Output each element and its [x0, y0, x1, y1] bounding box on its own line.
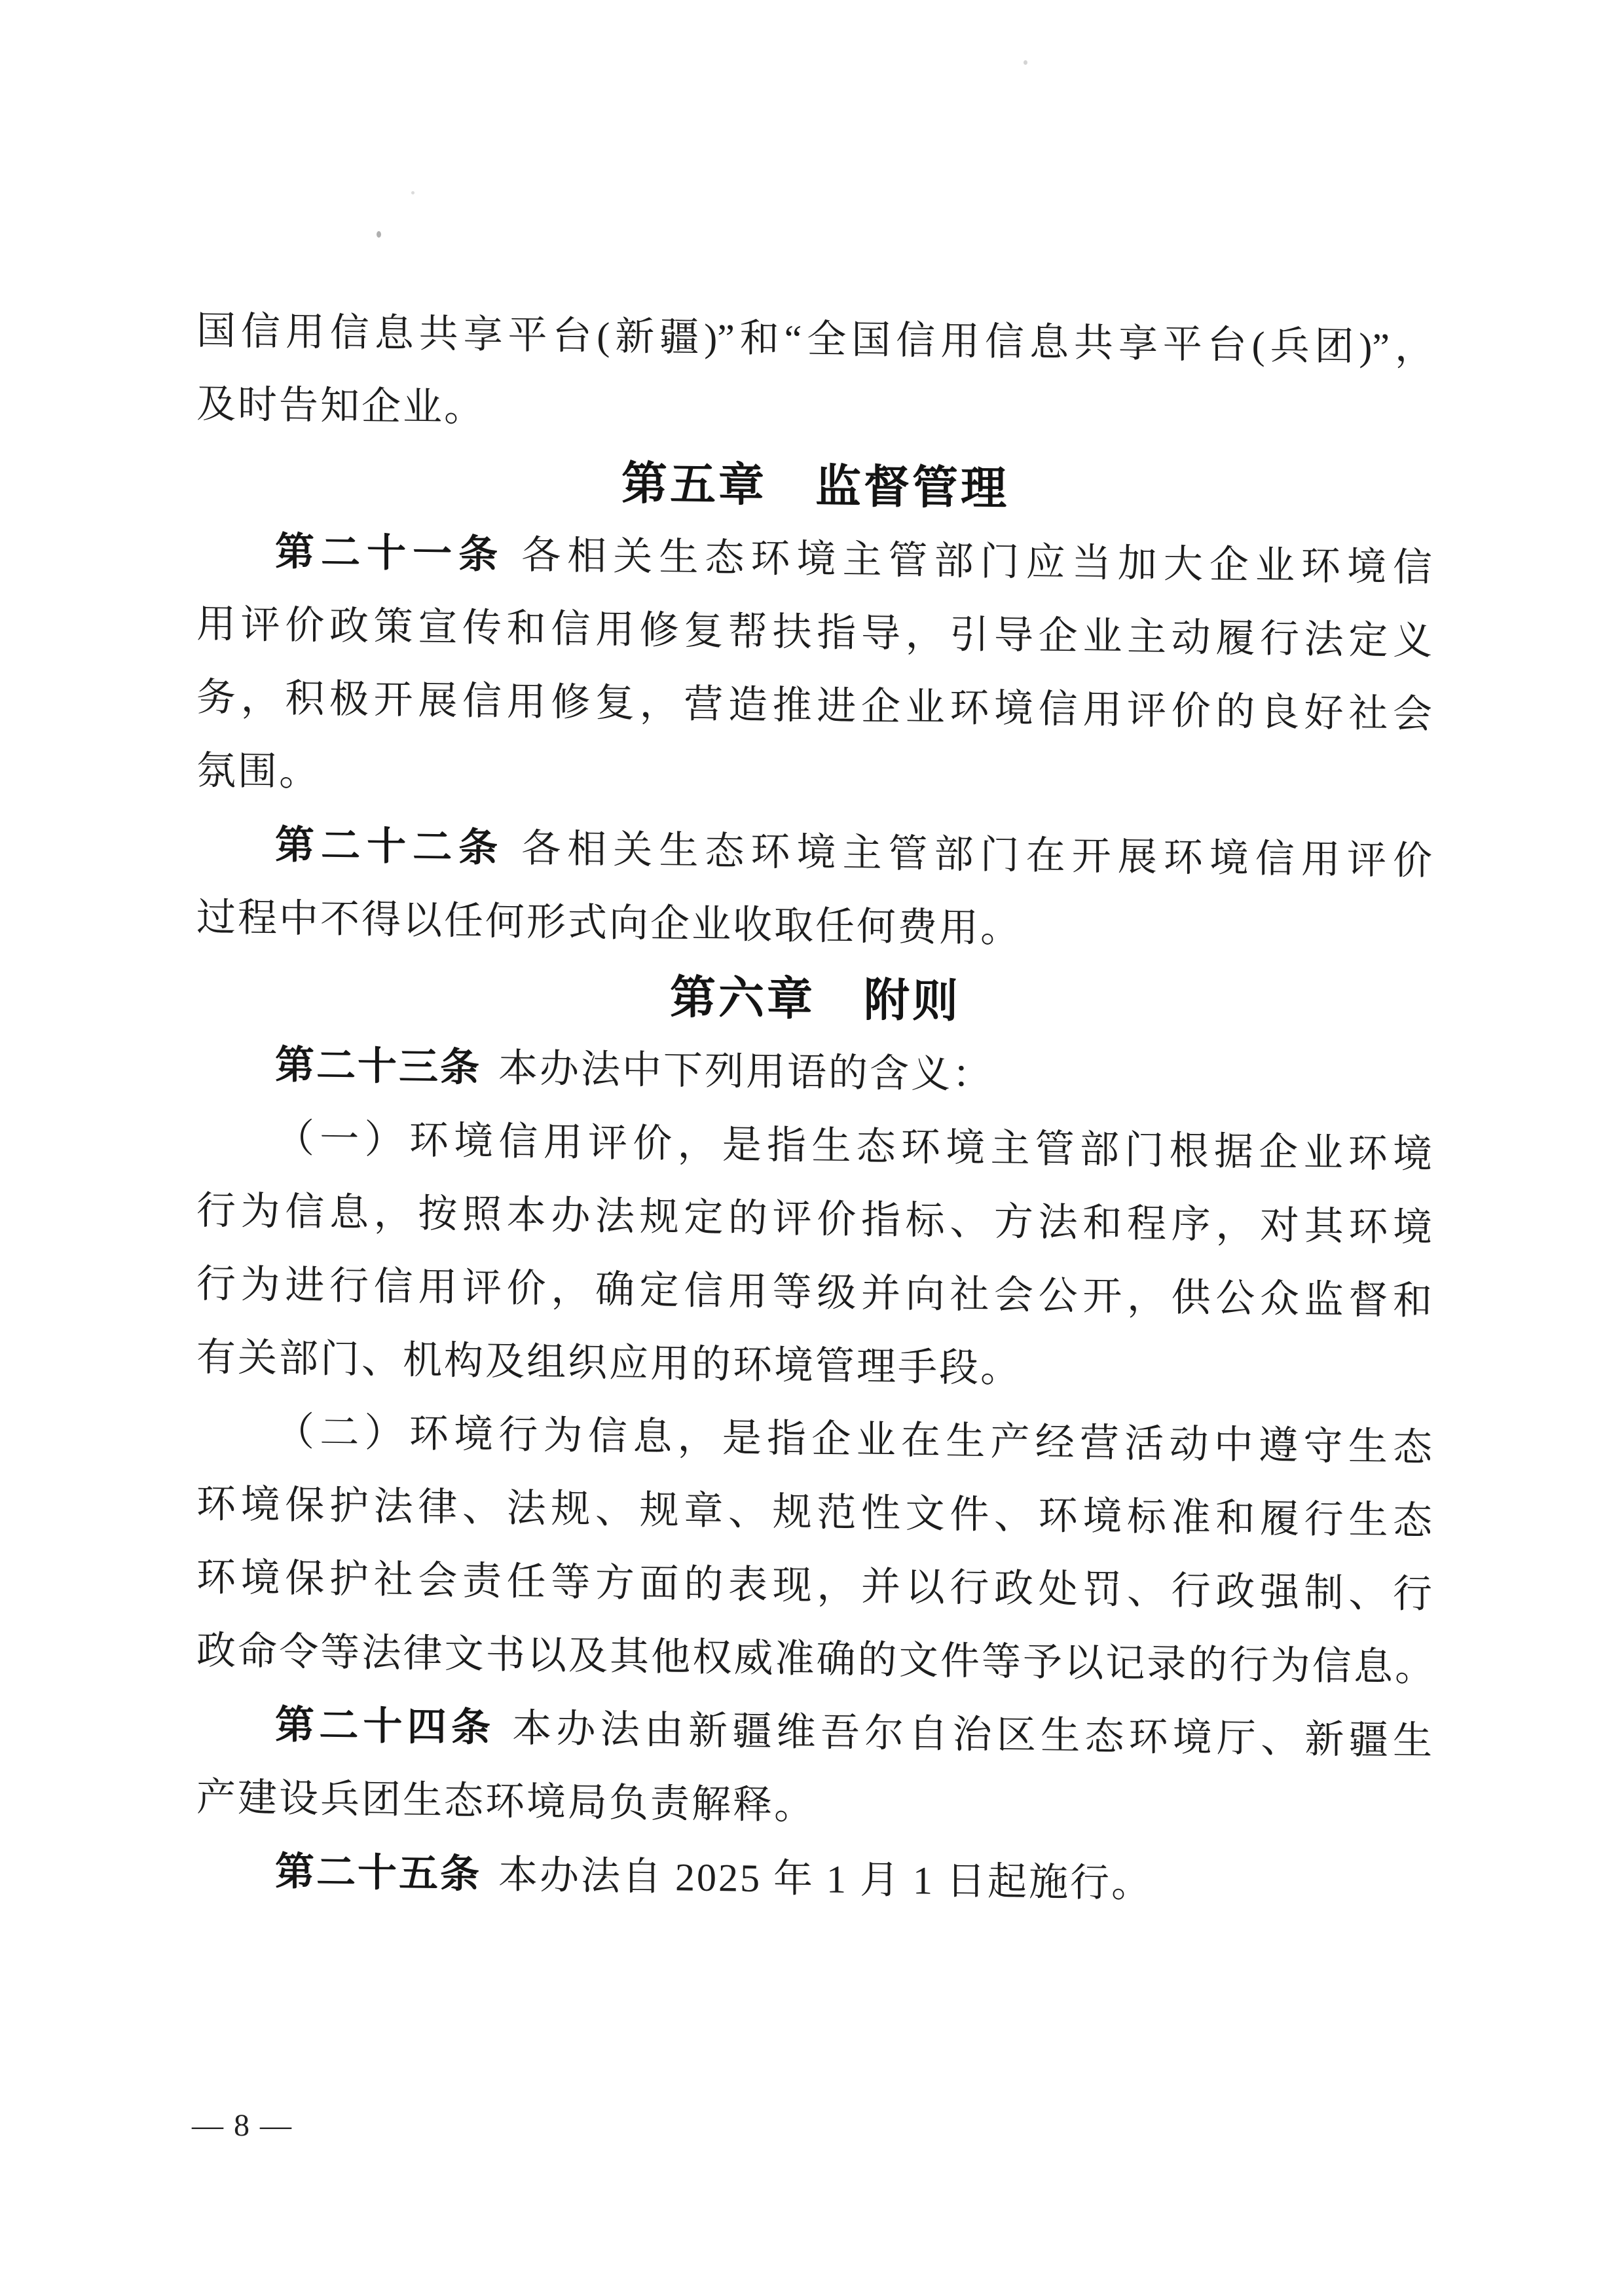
line-text: 政命令等法律文书以及其他权威准确的文件等予以记录的行为信息。	[196, 1629, 1434, 1689]
scan-speck	[411, 191, 415, 194]
article-number-label: 第二十一条	[275, 530, 504, 577]
chapter-heading-text: 第五章 监督管理	[621, 458, 1009, 514]
line-text: 务，积极开展信用修复，营造推进企业环境信用评价的良好社会	[196, 676, 1434, 736]
line-text: （二）环境行为信息，是指企业在生产经营活动中遵守生态	[275, 1410, 1434, 1470]
document-text-block: 国信用信息共享平台(新疆)”和“全国信用信息共享平台(兵团)”，及时告知企业。第…	[196, 294, 1434, 1924]
line-text: 产建设兵团生态环境局负责解释。	[196, 1776, 815, 1827]
line-text: 及时告知企业。	[196, 382, 485, 429]
page-number: — 8 —	[192, 2108, 293, 2143]
line-text: 国信用信息共享平台(新疆)”和“全国信用信息共享平台(兵团)”，	[196, 309, 1434, 369]
line-text: 本办法中下列用语的含义：	[498, 1046, 993, 1097]
line-text: 用评价政策宣传和信用修复帮扶指导，引导企业主动履行法定义	[196, 602, 1434, 663]
article-number-label: 第二十四条	[275, 1703, 495, 1750]
line-text: 过程中不得以任何形式向企业收取任何费用。	[196, 896, 1022, 951]
article-number-label: 第二十三条	[275, 1043, 481, 1089]
scan-speck	[1024, 60, 1027, 65]
page-footer: — 8 —	[192, 2093, 293, 2159]
line-text: 有关部门、机构及组织应用的环境管理手段。	[196, 1336, 1022, 1391]
line-text: 氛围。	[196, 749, 320, 794]
article-number-label: 第二十五条	[275, 1850, 481, 1896]
line-text: 各相关生态环境主管部门在开展环境信用评价	[521, 827, 1434, 883]
line-text: 各相关生态环境主管部门应当加大企业环境信	[521, 534, 1434, 589]
line-text: 环境保护法律、法规、规章、规范性文件、环境标准和履行生态	[196, 1482, 1434, 1542]
line-text: 行为进行信用评价，确定信用等级并向社会公开，供公众监督和	[196, 1262, 1434, 1322]
scan-speck	[377, 231, 381, 238]
line-text: 本办法由新疆维吾尔自治区生态环境厅、新疆生	[512, 1707, 1434, 1763]
line-text: 环境保护社会责任等方面的表现，并以行政处罚、行政强制、行	[196, 1556, 1434, 1616]
line-text: 本办法自 2025 年 1 月 1 日起施行。	[498, 1853, 1153, 1905]
chapter-heading-text: 第六章 附则	[670, 972, 961, 1027]
line-text: 行为信息，按照本办法规定的评价指标、方法和程序，对其环境	[196, 1189, 1434, 1249]
article-number-label: 第二十二条	[275, 823, 504, 870]
line-text: （一）环境信用评价，是指生态环境主管部门根据企业环境	[275, 1117, 1434, 1176]
